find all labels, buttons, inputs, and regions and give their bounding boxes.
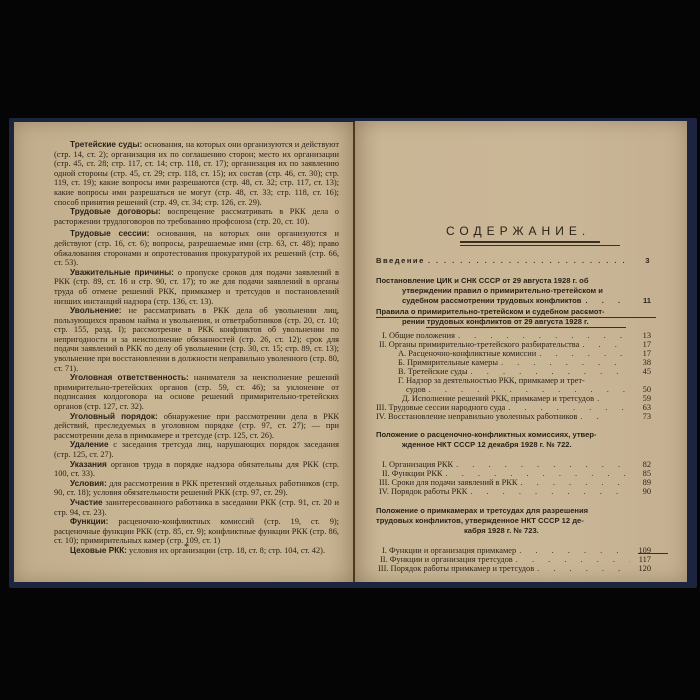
section-heading-line: Положение о расценочно-конфликтных комис… [376, 430, 651, 440]
toc-label: Г. Надзор за деятельностью РКК, примкаме… [398, 376, 585, 385]
toc-page-number: 63 [633, 403, 651, 412]
index-entry: Трудовые договоры: воспрещение рассматри… [54, 207, 339, 226]
leader-dots: . . . . . . . . . . . . . . . . . . . . [458, 331, 630, 340]
index-term: Удаление [70, 440, 109, 449]
toc-label: I. Функции и организация примкамер [382, 546, 516, 555]
left-page-index: Третейские суды: основания, на которых о… [14, 122, 354, 582]
toc-label: IV. Порядок работы РКК [379, 487, 467, 496]
toc-entry[interactable]: I. Организация РКК. . . . . . . . . . . … [382, 460, 651, 469]
toc-entry[interactable]: III. Порядок работы примкамер и третсудо… [378, 564, 651, 573]
toc-page-number: 73 [633, 412, 651, 421]
index-entry: Третейские суды: основания, на которых о… [54, 140, 339, 207]
toc-entry[interactable]: В. Третейские суды. . . . . . . . . . . … [398, 367, 651, 376]
heading-underline [426, 327, 626, 328]
index-text-body: не рассматривать в РКК дела об увольнени… [54, 306, 339, 373]
toc-label: А. Расценочно-конфликтные комиссии [398, 349, 536, 358]
toc-page-number: 3 [633, 256, 651, 265]
toc-label: II. Функции РКК [382, 469, 443, 478]
toc-label: I. Организация РКК [382, 460, 453, 469]
toc-entry[interactable]: Б. Примирительные камеры. . . . . . . . … [398, 358, 651, 367]
index-text-body: основания, на которых они организуются и… [54, 140, 339, 207]
leader-dots: . . . . [582, 340, 630, 349]
leader-dots: . . [580, 412, 630, 421]
toc-entry[interactable]: IV. Порядок работы РКК. . . . . . . . . … [379, 487, 651, 496]
leader-dots: . . . . . . . . . . . [520, 478, 630, 487]
toc-entry[interactable]: I. Функции и организация примкамер. . . … [382, 546, 651, 555]
toc-entry[interactable]: судов. . . . . . . . . . . . . . . . . .… [406, 385, 651, 394]
toc-label: II. Функции и организация третсудов [380, 555, 513, 564]
leader-dots: . . . . . . . . . . . . . . . . . . . . [470, 487, 630, 496]
section-heading-line: трудовых конфликтов, утвержденное НКТ СС… [376, 516, 651, 526]
leader-dots: . . . . . . . . . [537, 564, 630, 573]
toc-label: Б. Примирительные камеры [398, 358, 498, 367]
index-term: Трудовые договоры: [70, 207, 161, 216]
toc-entry[interactable]: Д. Исполнение решений РКК, примкамер и т… [402, 394, 651, 403]
index-entry: Условия: для рассмотрения в РКК претензи… [54, 479, 339, 498]
index-text-body: условия их организации (стр. 18, ст. 8; … [127, 546, 325, 555]
toc-page-number: 38 [633, 358, 651, 367]
index-term: Трудовые сессии: [70, 229, 149, 238]
toc-entry[interactable]: А. Расценочно-конфликтные комиссии. . . … [398, 349, 651, 358]
index-term: Функции: [70, 517, 108, 526]
toc-entry[interactable]: II. Функции и организация третсудов. . .… [380, 555, 651, 564]
heading-underline [376, 317, 656, 318]
index-text: Третейские суды: основания, на которых о… [54, 140, 339, 556]
toc-label: I. Общие положения [382, 331, 455, 340]
toc-entry-intro[interactable]: Введение .............................. … [376, 256, 651, 265]
toc-label: судов [406, 385, 426, 394]
toc-page-number: 120 [633, 564, 651, 573]
section-heading-line: рении трудовых конфликтов от 29 августа … [376, 317, 651, 327]
toc-label: III. Сроки для подачи заявлений в РКК [379, 478, 517, 487]
toc-label: утверждении правил о примирительно-трете… [376, 286, 651, 296]
index-term: Третейские суды: [70, 140, 142, 149]
toc-page-number: 82 [633, 460, 651, 469]
toc-page-number: 90 [633, 487, 651, 496]
page-title: СОДЕРЖАНИЕ. [446, 224, 590, 238]
leader-dots: . . . . . . . . . . . . . . . . [471, 367, 630, 376]
right-page-contents: СОДЕРЖАНИЕ. Введение ...................… [355, 121, 687, 582]
toc-page-number: 50 [633, 385, 651, 394]
index-term: Уголовная ответственность: [70, 373, 189, 382]
leader-dots: . . . . . . . . . . . . . . . . . . . . … [456, 460, 630, 469]
toc-page-number: 89 [633, 478, 651, 487]
index-term: Участие [70, 498, 103, 507]
toc-page-number: 117 [633, 555, 651, 564]
toc-page-number: 17 [633, 349, 651, 358]
index-entry: Уголовная ответственность: нанимателя за… [54, 373, 339, 411]
index-entry: Цеховые РКК: условия их организации (стр… [54, 546, 339, 556]
index-term: Уважительные причины: [70, 268, 174, 277]
section-heading-line: Положение о примкамерах и третсудах для … [376, 506, 651, 516]
toc-label: III. Порядок работы примкамер и третсудо… [378, 564, 534, 573]
leader-dots: . . . . . . . . . . . [519, 546, 630, 555]
index-term: Уголовный порядок: [70, 412, 158, 421]
index-entry: Участие заинтересованного работника в за… [54, 498, 339, 517]
toc-page-number: 59 [633, 394, 651, 403]
toc-label: Постановление ЦИК и СНК СССР от 29 авгус… [376, 276, 651, 286]
toc-entry[interactable]: Г. Надзор за деятельностью РКК, примкаме… [398, 376, 651, 385]
leader-dots: .............................. [428, 256, 630, 265]
toc-label: III. Трудовые сессии народного суда [376, 403, 505, 412]
index-entry: Уголовный порядок: обнаружение при рассм… [54, 412, 339, 441]
toc-page-number: 45 [633, 367, 651, 376]
index-entry: Трудовые сессии: основания, на которых о… [54, 229, 339, 267]
leader-dots: . . . . . . . . . . . . . [501, 358, 630, 367]
section-heading-line: кабря 1928 г. № 723. [376, 526, 651, 536]
toc-entry[interactable]: IV. Восстановление неправильно уволенных… [376, 412, 651, 421]
title-rule [460, 241, 600, 243]
toc-entry[interactable]: II. Органы примирительно-третейского раз… [379, 340, 651, 349]
toc-entry[interactable]: III. Трудовые сессии народного суда. . .… [376, 403, 651, 412]
index-term: Цеховые РКК: [70, 546, 127, 555]
toc-entry[interactable]: II. Функции РКК. . . . . . . . . . . . .… [382, 469, 651, 478]
toc-page-number: 13 [633, 331, 651, 340]
index-term: Указания [70, 460, 107, 469]
section-heading-line: жденное НКТ СССР 12 декабря 1928 г. № 72… [376, 440, 651, 450]
leader-dots: . [597, 394, 630, 403]
pencil-mark [638, 553, 668, 554]
index-entry: Функции: расценочно-конфликтных комиссий… [54, 517, 339, 546]
toc-page-number: 17 [633, 340, 651, 349]
leader-dots: . . . . . . . . [539, 349, 630, 358]
toc-page-number: 85 [633, 469, 651, 478]
leader-dots: . . . . . . . . . . . . . . . . . . . [429, 385, 630, 394]
index-entry: Указания органов труда в порядке надзора… [54, 460, 339, 479]
index-entry: Уважительные причины: о пропуске сроков … [54, 268, 339, 306]
toc-label: Д. Исполнение решений РКК, примкамер и т… [402, 394, 594, 403]
toc-entry[interactable]: I. Общие положения. . . . . . . . . . . … [382, 331, 651, 340]
toc-label: Введение [376, 256, 425, 265]
end-mark: * [184, 542, 189, 553]
section-heading-rkk: Положение о расценочно-конфликтных комис… [376, 430, 651, 450]
toc-label: IV. Восстановление неправильно уволенных… [376, 412, 577, 421]
index-term: Условия: [70, 479, 107, 488]
leader-dots: . . . . . . . . [508, 403, 630, 412]
toc-entry[interactable]: III. Сроки для подачи заявлений в РКК. .… [379, 478, 651, 487]
index-entry: Удаление с заседания третсуда лиц, наруш… [54, 440, 339, 459]
index-term: Увольнение: [70, 306, 122, 315]
toc-label: II. Органы примирительно-третейского раз… [379, 340, 579, 349]
toc-label: В. Третейские суды [398, 367, 468, 376]
title-rule [460, 245, 620, 246]
index-entry: Увольнение: не рассматривать в РКК дела … [54, 306, 339, 373]
leader-dots: . . . . . . . . . . . . . . . . . . . . … [446, 469, 631, 478]
section-heading-primkamery: Положение о примкамерах и третсудах для … [376, 506, 651, 536]
leader-dots: . . . . . . . . . . . . [516, 555, 630, 564]
section-heading-line: Правила о примирительно-третейском и суд… [376, 307, 651, 317]
